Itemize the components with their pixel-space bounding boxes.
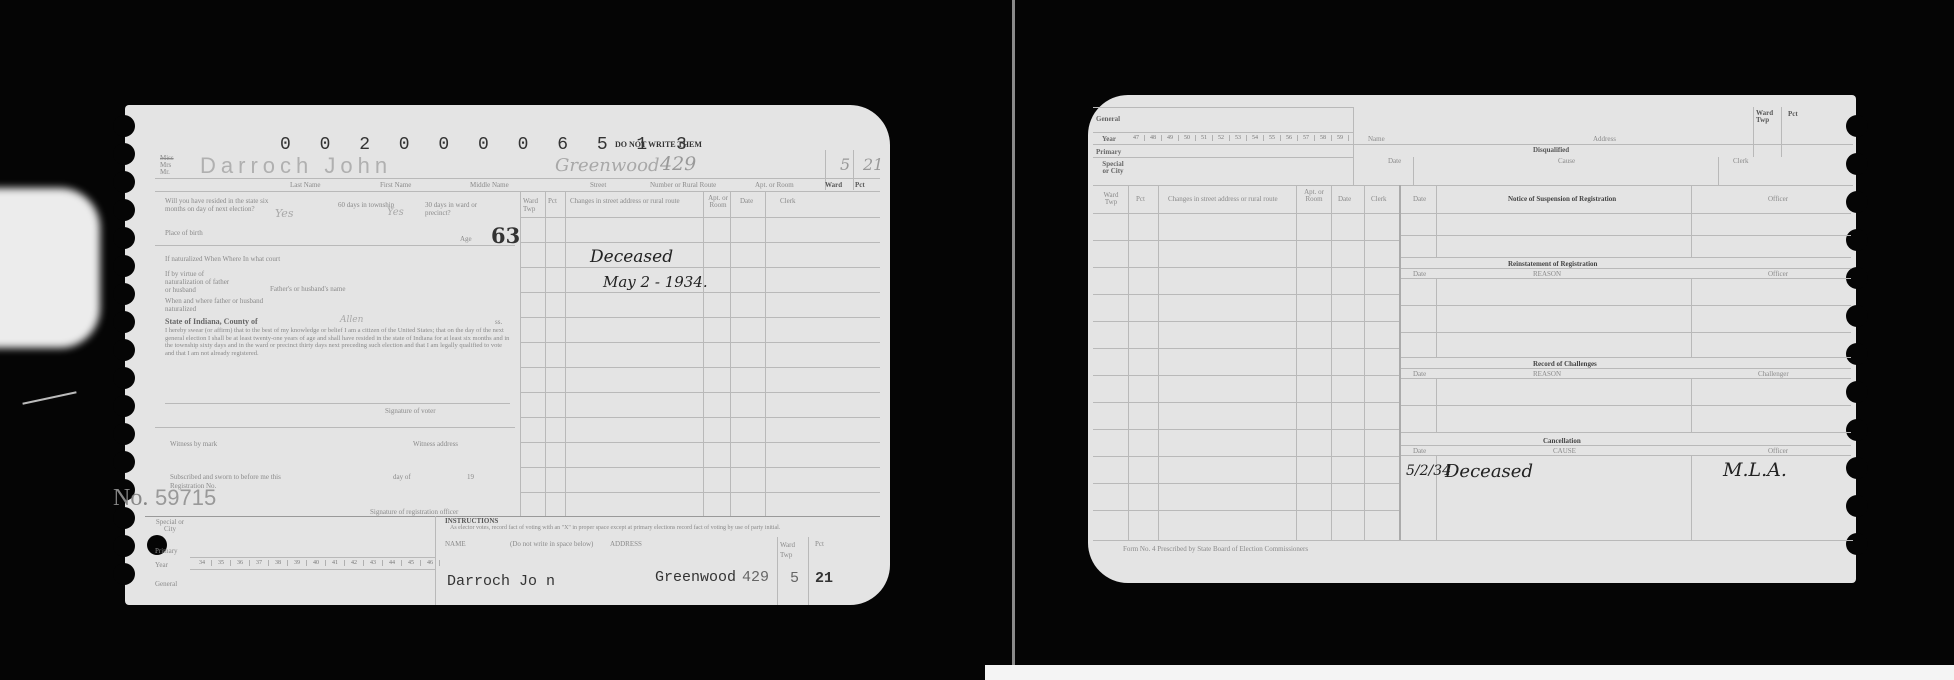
row-year-back: Year [1102,135,1116,143]
stub-label-name: NAME [445,540,466,548]
label-ward: Ward [825,181,842,189]
label-disq-clerk: Clerk [1733,157,1749,165]
reinst-col-reason: REASON [1533,270,1561,278]
oath-heading: State of Indiana, County of [165,317,258,326]
cancellation-title: Cancellation [1543,437,1581,445]
label-registration-officer: Signature of registration officer [370,508,458,516]
scan-scratch [22,391,76,404]
entry-deceased: Deceased [590,247,673,267]
voter-street: Greenwood [555,155,659,176]
label-pct-back: Pct [1788,110,1798,118]
col-ward-twp: Ward Twp [523,197,545,213]
row-year: Year [155,561,168,569]
frame-divider [1012,0,1015,680]
reinst-col-date: Date [1413,270,1426,278]
col-apt: Apt. or Room [707,195,729,209]
year-row-front: 34 35 36 37 38 39 40 41 42 43 44 45 46 [193,560,440,566]
header-notice: DO NOT WRITE THEM [615,140,702,149]
instructions-heading: INSTRUCTIONS [445,517,498,525]
col-ward-twp-back: Ward Twp [1098,192,1124,206]
q-naturalized: If naturalized When Where In what court [165,255,280,263]
stub-label-address: ADDRESS [610,540,642,548]
cancel-col-date: Date [1413,447,1426,455]
oath-ss: ss. [495,318,502,326]
col-pct: Pct [548,197,557,205]
label-day-of: day of [393,473,411,481]
label-ward-back: Ward Twp [1756,110,1778,124]
reinstatement-title: Reinstatement of Registration [1508,260,1597,268]
form-footer: Form No. 4 Prescribed by State Board of … [1123,545,1308,553]
label-age: Age [460,235,472,243]
cancel-officer: M.L.A. [1723,459,1787,481]
chal-col-challenger: Challenger [1758,370,1789,378]
label-witness-mark: Witness by mark [170,440,217,448]
stub-ward: 5 [790,570,799,587]
cancel-col-cause: CAUSE [1553,447,1576,455]
stub-name: Darroch Jo n [447,573,555,590]
voter-pct: 21 [863,155,883,174]
challenges-title: Record of Challenges [1533,360,1597,368]
label-address-back: Address [1593,135,1616,143]
chal-col-date: Date [1413,370,1426,378]
title-prefix: Miss Mrs Mr. [160,155,174,176]
col-apt-back: Apt. or Room [1301,189,1327,203]
number-prefix: No. [113,485,148,512]
col-clerk-back: Clerk [1371,195,1387,203]
col-date: Date [740,197,753,205]
susp-col-notice: Notice of Suspension of Registration [1508,195,1616,203]
registration-card-back: General Year Primary Special or City 47 … [1088,95,1856,583]
label-street: Street [590,181,606,189]
label-witness-address: Witness address [413,440,458,448]
year-row-back: 47 48 49 50 51 52 53 54 55 56 57 58 59 [1128,135,1349,141]
q-citizen-marriage: If by virtue of naturalization of father… [165,270,235,294]
stub-label-ward: Ward Twp [780,540,800,560]
oath-county: Allen [340,315,363,325]
scan-glare [0,188,100,348]
label-name-back: Name [1368,135,1385,143]
q-days-ward: 30 days in ward or precinct? [425,201,495,217]
row-special-back: Special or City [1100,161,1126,175]
cancel-col-officer: Officer [1768,447,1788,455]
row-primary-back: Primary [1096,148,1121,156]
stub-street: Greenwood [655,569,736,586]
label-first-name: First Name [380,181,411,189]
label-disqualified: Disqualified [1533,146,1569,154]
susp-col-date: Date [1413,195,1426,203]
col-changes: Changes in street address or rural route [570,197,680,205]
instructions-text: As elector votes, record fact of voting … [450,525,860,532]
col-clerk: Clerk [780,197,796,205]
scan-edge [985,665,1954,680]
stub-number: 429 [742,569,769,586]
voter-name: Darroch John [200,153,392,179]
row-primary: Primary [155,547,178,555]
col-pct-back: Pct [1136,195,1145,203]
chal-col-reason: REASON [1533,370,1561,378]
entry-death-date: May 2 - 1934. [603,273,708,291]
label-number: Number or Rural Route [650,181,716,189]
stub-label-pct: Pct [815,540,824,548]
a-days-township: Yes [387,207,404,218]
label-disq-cause: Cause [1558,157,1575,165]
cancel-cause: Deceased [1445,461,1533,482]
a-resided-state: Yes [275,207,293,220]
label-subscribed: Subscribed and sworn to before me this [170,473,281,481]
label-last-name: Last Name [290,181,321,189]
reinst-col-officer: Officer [1768,270,1788,278]
row-general: General [155,580,177,588]
q-place-of-birth: Place of birth [165,229,205,237]
label-year: 19 [467,473,474,481]
label-apt: Apt. or Room [755,181,794,189]
susp-col-officer: Officer [1768,195,1788,203]
row-general-back: General [1096,115,1120,123]
row-special: Special or City [155,519,185,533]
stub-label-nowrite: (Do not write in space below) [510,540,593,548]
label-signature: Signature of voter [385,407,436,415]
voter-ward: 5 [840,155,850,174]
label-pct: Pct [855,181,865,189]
col-date-back: Date [1338,195,1351,203]
label-disq-date: Date [1388,157,1401,165]
q-when-where-father: When and where father or husband natural… [165,297,275,313]
col-changes-back: Changes in street address or rural route [1168,195,1278,203]
registration-number: 59715 [155,485,216,511]
stub-pct: 21 [815,570,833,587]
label-middle-name: Middle Name [470,181,509,189]
oath-text: I hereby swear (or affirm) that to the b… [165,327,510,357]
voter-house-number: 429 [660,153,696,175]
registration-card-front: 0 0 2 0 0 0 0 6 5 1 3 DO NOT WRITE THEM … [125,105,890,605]
q-resided-state: Will you have resided in the state six m… [165,197,285,213]
label-father-name: Father's or husband's name [270,285,345,293]
